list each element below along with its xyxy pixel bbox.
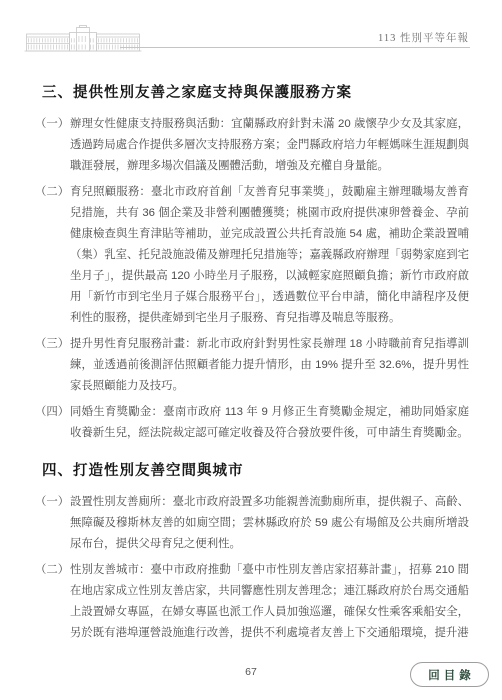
document-page: 113 性別平等年報 三、提供性別友善之家庭支持與保護服務方案 （一） 辦理女性…	[0, 0, 502, 700]
paragraph-marker: （一）	[35, 114, 70, 177]
section-friendly-spaces: 四、打造性別友善空間與城市 （一） 設置性別友善廁所：臺北市政府設置多功能親善流…	[35, 461, 469, 644]
paragraph: （二） 性別友善城市：臺中市政府推動「臺中市性別友善店家招募計畫」，招募 210…	[35, 560, 469, 644]
paragraph-text: 提升男性育兒服務計畫：新北市政府針對男性家長辦理 18 小時職前育兒指導訓練，並…	[70, 334, 469, 397]
paragraph-marker: （一）	[35, 492, 70, 555]
paragraph-marker: （三）	[35, 334, 70, 397]
section-heading: 四、打造性別友善空間與城市	[35, 461, 469, 481]
report-title: 113 性別平等年報	[378, 30, 469, 45]
government-building-icon	[24, 25, 142, 60]
paragraph: （二） 育兒照顧服務：臺北市政府首創「友善育兒事業獎」，鼓勵雇主辦理職場友善育兒…	[35, 182, 469, 329]
section-heading: 三、提供性別友善之家庭支持與保護服務方案	[35, 83, 469, 103]
paragraph-text: 性別友善城市：臺中市政府推動「臺中市性別友善店家招募計畫」，招募 210 間在地…	[70, 560, 469, 644]
header-divider	[120, 47, 470, 48]
paragraph-text: 設置性別友善廁所：臺北市政府設置多功能親善流動廁所車，提供親子、高齡、無障礙及穆…	[70, 492, 469, 555]
paragraph: （一） 辦理女性健康支持服務與活動：宜蘭縣政府針對未滿 20 歲懷孕少女及其家庭…	[35, 114, 469, 177]
section-family-support: 三、提供性別友善之家庭支持與保護服務方案 （一） 辦理女性健康支持服務與活動：宜…	[35, 83, 469, 444]
paragraph-marker: （二）	[35, 560, 70, 644]
paragraph-text: 育兒照顧服務：臺北市政府首創「友善育兒事業獎」，鼓勵雇主辦理職場友善育兒措施，共…	[70, 182, 469, 329]
paragraph: （四） 同婚生育獎勵金：臺南市政府 113 年 9 月修正生育獎勵金規定，補助同…	[35, 402, 469, 444]
page-content: 三、提供性別友善之家庭支持與保護服務方案 （一） 辦理女性健康支持服務與活動：宜…	[35, 83, 469, 649]
back-to-toc-button[interactable]: 回目錄	[410, 662, 489, 687]
page-header: 113 性別平等年報	[0, 0, 502, 60]
paragraph-marker: （二）	[35, 182, 70, 329]
paragraph: （三） 提升男性育兒服務計畫：新北市政府針對男性家長辦理 18 小時職前育兒指導…	[35, 334, 469, 397]
paragraph-text: 辦理女性健康支持服務與活動：宜蘭縣政府針對未滿 20 歲懷孕少女及其家庭，透過跨…	[70, 114, 469, 177]
paragraph-text: 同婚生育獎勵金：臺南市政府 113 年 9 月修正生育獎勵金規定，補助同婚家庭收…	[70, 402, 469, 444]
paragraph-marker: （四）	[35, 402, 70, 444]
paragraph: （一） 設置性別友善廁所：臺北市政府設置多功能親善流動廁所車，提供親子、高齡、無…	[35, 492, 469, 555]
